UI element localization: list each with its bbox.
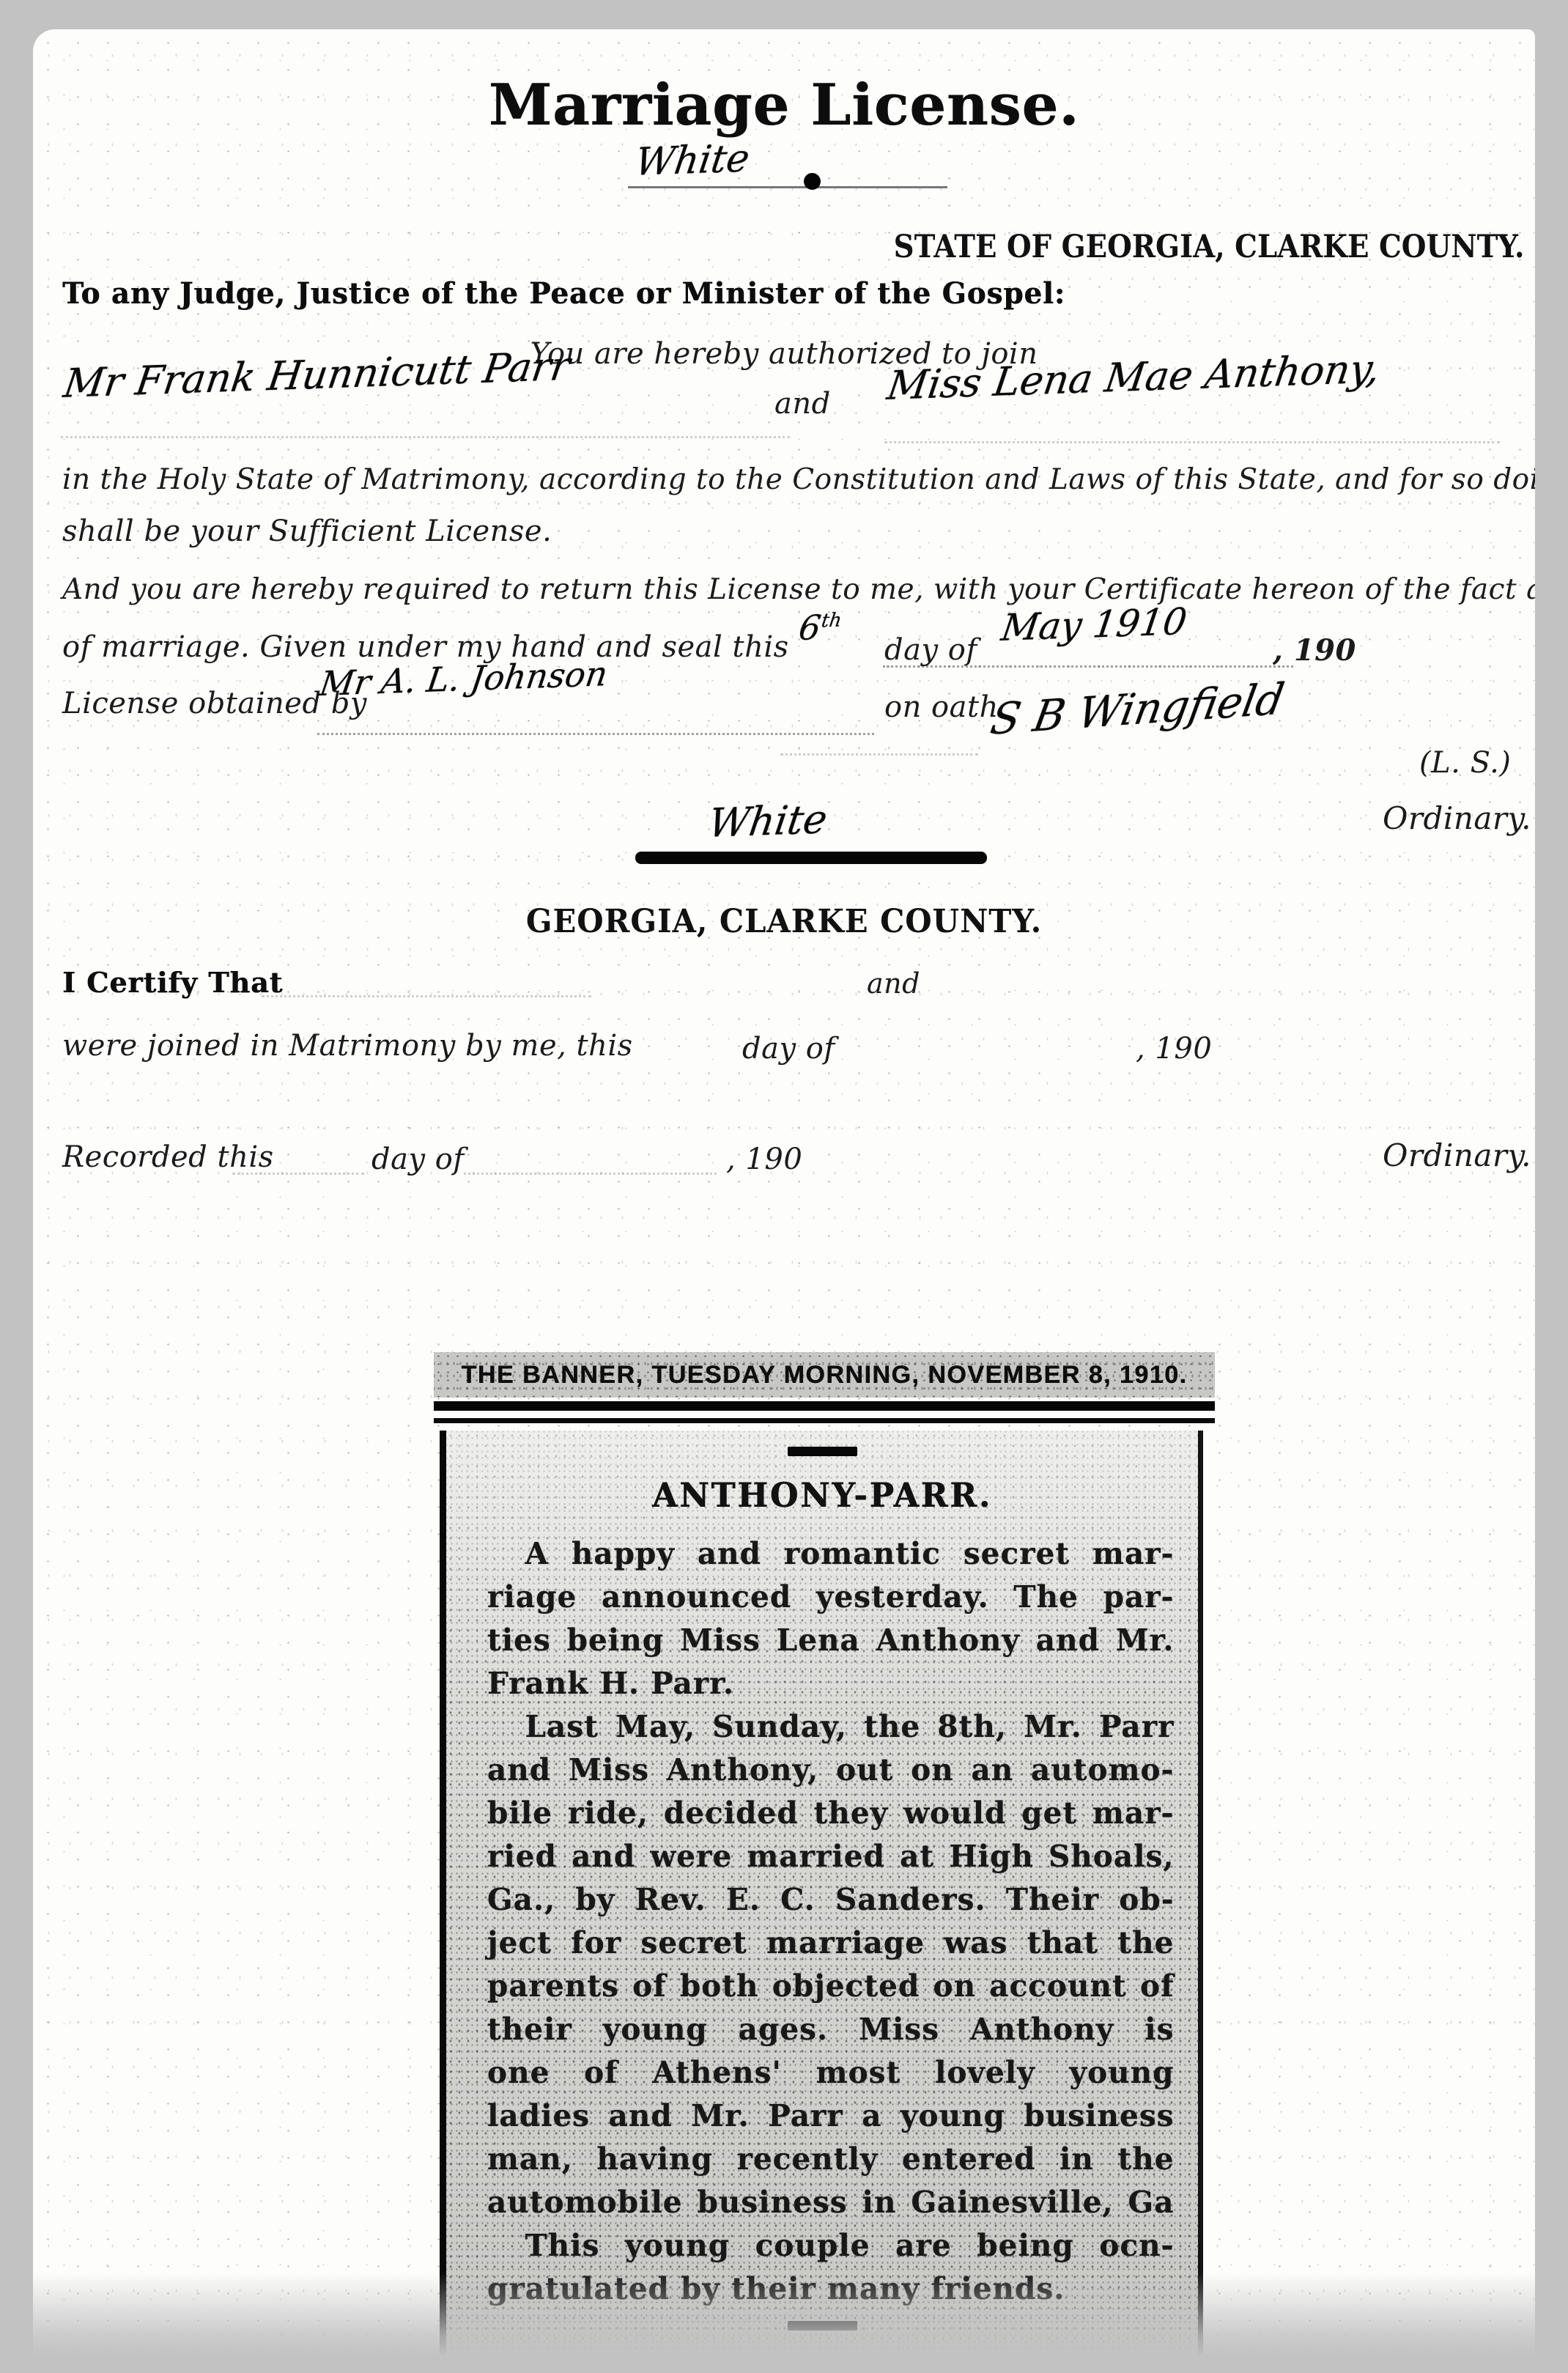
dotted-leader xyxy=(262,995,591,997)
clipping-body: Ahappyandromanticsecretmar-riageannounce… xyxy=(446,1532,1198,2311)
handwritten-month-year: May 1910 xyxy=(999,600,1189,649)
clipping-line: riageannouncedyesterday.Thepar- xyxy=(487,1576,1175,1619)
year-stub: , 190 xyxy=(726,1143,802,1176)
clipping-word: secret xyxy=(964,1532,1070,1576)
clipping-line: LastMay,Sunday,the8th,Mr.Parr xyxy=(487,1705,1175,1749)
divider-bar xyxy=(635,852,987,864)
dotted-leader xyxy=(883,665,1293,668)
clipping-word: having xyxy=(596,2138,713,2181)
clipping-word: ried xyxy=(487,1835,557,1878)
clipping-word: on xyxy=(911,1749,954,1792)
clipping-word: par- xyxy=(1103,1576,1175,1619)
clipping-word: Anthony xyxy=(970,2008,1114,2051)
clipping-word: bile xyxy=(487,1792,552,1835)
clipping-word: in xyxy=(862,2181,897,2224)
clipping-word: young xyxy=(603,2008,708,2051)
clipping-word: is xyxy=(1144,2008,1174,2051)
year-stub: , 190 xyxy=(1136,1032,1212,1066)
annotation-underline xyxy=(628,186,947,188)
clipping-word: an xyxy=(971,1749,1013,1792)
clipping-word: Anthony, xyxy=(667,1749,819,1792)
clipping-word: man, xyxy=(487,2138,573,2181)
clipping-word: being xyxy=(567,1619,664,1662)
scan-fade xyxy=(33,2272,1535,2357)
clipping-word: Athens' xyxy=(652,2051,782,2095)
dotted-leader xyxy=(884,441,1500,443)
clipping-word: Mr. xyxy=(1024,1705,1082,1749)
clipping-word: Mr. xyxy=(691,2095,750,2138)
clipping-word: ride, xyxy=(568,1792,648,1835)
clipping-word: of xyxy=(632,1965,667,2008)
clipping-word: A xyxy=(525,1532,548,1576)
ordinary-label: Ordinary. xyxy=(1383,800,1531,836)
clipping-word: mar- xyxy=(1092,1532,1174,1576)
clipping-line: parentsofbothobjectedonaccountof xyxy=(487,1965,1175,2008)
clipping-line: Ga.,byRev.E.C.Sanders.Theirob- xyxy=(487,1878,1175,1922)
clipping-word: ages. xyxy=(739,2008,828,2051)
clipping-word: recently xyxy=(737,2138,879,2181)
clipping-word: of xyxy=(584,2051,618,2095)
clipping-word: out xyxy=(836,1749,893,1792)
clipping-word: young xyxy=(901,2095,1005,2138)
clipping-word: are xyxy=(895,2224,951,2267)
clipping-word: automo- xyxy=(1031,1749,1174,1792)
dotted-leader xyxy=(780,753,978,756)
clipping-line: andMissAnthony,outonanautomo- xyxy=(487,1749,1175,1792)
clipping-word: Lena xyxy=(777,1619,860,1662)
body-line-1: in the Holy State of Matrimony, accordin… xyxy=(62,463,1535,496)
clipping-word: Sunday, xyxy=(712,1705,847,1749)
clipping-word: yesterday. xyxy=(816,1576,989,1619)
clipping-word: one xyxy=(487,2051,550,2095)
clipping-word: the xyxy=(1117,1922,1174,1965)
clipping-word: announced xyxy=(602,1576,791,1619)
ordinary-label: Ordinary. xyxy=(1383,1137,1531,1173)
clipping-word: E. xyxy=(726,1878,761,1922)
clipping-word: the xyxy=(1117,2138,1174,2181)
clipping-word: secret xyxy=(641,1922,747,1965)
clipping-word: entered xyxy=(902,2138,1035,2181)
clipping-line: tiesbeingMissLenaAnthonyandMr. xyxy=(487,1619,1175,1662)
clipping-word: ject xyxy=(487,1922,552,1965)
day-of-label: day of xyxy=(884,633,977,667)
clipping-word: Parr xyxy=(768,2095,843,2138)
clipping-word: mar- xyxy=(1092,1792,1174,1835)
clipping-word: most xyxy=(816,2051,901,2095)
clipping-word: of xyxy=(1140,1965,1175,2008)
clipping-word: both xyxy=(680,1965,759,2008)
state-county-line: STATE OF GEORGIA, CLARKE COUNTY. xyxy=(894,229,1525,265)
scanned-page: Marriage License. White STATE OF GEORGIA… xyxy=(0,0,1568,2373)
clipping-word: and xyxy=(609,2095,673,2138)
body-line-2: shall be your Sufficient License. xyxy=(62,514,552,548)
clipping-word: and xyxy=(1036,1619,1100,1662)
clipping-word: Sanders. xyxy=(835,1878,986,1922)
clipping-word: objected xyxy=(772,1965,920,2008)
masthead-rule-thin xyxy=(434,1418,1215,1423)
clipping-word: business xyxy=(1024,2095,1174,2138)
clipping-word: and xyxy=(572,1835,635,1878)
clipping-word: Parr xyxy=(1099,1705,1174,1749)
dotted-leader xyxy=(464,1173,717,1175)
newspaper-clipping: ANTHONY-PARR. Ahappyandromanticsecretmar… xyxy=(440,1431,1203,2355)
clipping-word: in xyxy=(1059,2138,1094,2181)
clipping-word: Mr. xyxy=(1116,1619,1175,1662)
certify-label: I Certify That xyxy=(62,966,283,999)
clipping-word: Rev. xyxy=(635,1878,706,1922)
clipping-word: Last xyxy=(525,1705,598,1749)
clipping-line: ladiesandMr.Parrayoungbusiness xyxy=(487,2095,1175,2138)
clipping-word: being xyxy=(977,2224,1073,2267)
joined-line: were joined in Matrimony by me, this xyxy=(62,1029,633,1063)
year-stub: , 190 xyxy=(1273,633,1356,668)
clipping-word: 8th, xyxy=(937,1705,1007,1749)
clipping-word: happy xyxy=(572,1532,675,1576)
clipping-word: romantic xyxy=(784,1532,941,1576)
clipping-word: parents xyxy=(487,1965,619,2008)
clipping-line: Ahappyandromanticsecretmar- xyxy=(487,1532,1175,1576)
clipping-word: Anthony xyxy=(876,1619,1020,1662)
clipping-word: and xyxy=(487,1749,551,1792)
ink-dot xyxy=(804,173,821,190)
handwritten-race-annotation-top: White xyxy=(632,136,752,185)
clipping-word: Ga., xyxy=(487,1878,555,1922)
clipping-word: Gainesville, xyxy=(911,2181,1113,2224)
clipping-word: Shoals, xyxy=(1049,1835,1175,1878)
dotted-leader xyxy=(232,1173,364,1175)
clipping-word: ob- xyxy=(1119,1878,1174,1922)
masthead-rule-thick xyxy=(434,1401,1215,1411)
clipping-word: a xyxy=(862,2095,881,2138)
clipping-word: the xyxy=(864,1705,920,1749)
clipping-word: riage xyxy=(487,1576,577,1619)
clipping-word: married xyxy=(747,1835,885,1878)
clipping-line: theiryoungages.MissAnthonyis xyxy=(487,2008,1175,2051)
clipping-word: business xyxy=(698,2181,848,2224)
dotted-leader xyxy=(61,436,790,438)
clipping-word: by xyxy=(575,1878,615,1922)
newspaper-masthead: THE BANNER, TUESDAY MORNING, NOVEMBER 8,… xyxy=(434,1352,1215,1398)
clipping-word: ties xyxy=(487,1619,551,1662)
day-ordinal-suffix: th xyxy=(820,609,843,632)
clipping-line: bileride,decidedtheywouldgetmar- xyxy=(487,1792,1175,1835)
clipping-word: get xyxy=(1021,1792,1077,1835)
handwritten-day: 6th xyxy=(796,607,843,648)
clipping-line: jectforsecretmarriagewasthatthe xyxy=(487,1922,1175,1965)
seal-label: (L. S.) xyxy=(1419,746,1511,780)
section-dash xyxy=(788,1447,857,1456)
clipping-word: young xyxy=(625,2224,730,2267)
clipping-word: automobile xyxy=(487,2181,683,2224)
license-document: Marriage License. White STATE OF GEORGIA… xyxy=(33,29,1535,2357)
clipping-word: young xyxy=(1070,2051,1175,2095)
recorded-label: Recorded this xyxy=(62,1140,274,1174)
clipping-word: for xyxy=(571,1922,621,1965)
clipping-line: riedandweremarriedatHighShoals, xyxy=(487,1835,1175,1878)
clipping-word: at xyxy=(900,1835,934,1878)
clipping-word: May, xyxy=(615,1705,695,1749)
clipping-word: ocn- xyxy=(1099,2224,1174,2267)
day-number: 6 xyxy=(796,608,824,648)
clipping-word: Miss xyxy=(680,1619,761,1662)
clipping-word: lovely xyxy=(935,2051,1035,2095)
clipping-word: was xyxy=(944,1922,1007,1965)
handwritten-race-annotation-mid: White xyxy=(706,796,830,846)
clipping-word: and xyxy=(698,1532,761,1576)
clipping-line: Frank H. Parr. xyxy=(487,1662,1175,1705)
and-label: and xyxy=(774,387,831,421)
clipping-line: automobilebusinessinGainesville,Ga xyxy=(487,2181,1175,2224)
clipping-word: Ga xyxy=(1128,2181,1175,2224)
clipping-word: High xyxy=(949,1835,1034,1878)
clipping-word: account xyxy=(989,1965,1127,2008)
article-headline: ANTHONY-PARR. xyxy=(462,1475,1183,1515)
clipping-word: they xyxy=(814,1792,889,1835)
clipping-word: were xyxy=(650,1835,732,1878)
clipping-line: man,havingrecentlyenteredinthe xyxy=(487,2138,1175,2181)
clipping-word: marriage xyxy=(766,1922,925,1965)
clipping-word: decided xyxy=(664,1792,799,1835)
day-of-label: day of xyxy=(371,1143,465,1176)
handwritten-ordinary-signature: S B Wingfield xyxy=(987,673,1288,745)
day-of-label: day of xyxy=(742,1032,835,1066)
clipping-word: ladies xyxy=(487,2095,590,2138)
return-line-2: of marriage. Given under my hand and sea… xyxy=(62,630,789,664)
dotted-leader xyxy=(317,733,874,735)
clipping-word: on xyxy=(933,1965,977,2008)
clipping-word: Miss xyxy=(859,2008,939,2051)
clipping-line: Thisyoungcouplearebeingocn- xyxy=(487,2224,1175,2267)
return-line-1: And you are hereby required to return th… xyxy=(62,573,1535,606)
clipping-word: Their xyxy=(1006,1878,1099,1922)
on-oath-label: on oath xyxy=(884,690,999,724)
clipping-word: Miss xyxy=(569,1749,649,1792)
and-label: and xyxy=(867,967,920,1000)
clipping-word: The xyxy=(1013,1576,1079,1619)
clipping-word: couple xyxy=(755,2224,870,2267)
clipping-word: that xyxy=(1027,1922,1098,1965)
salutation-line: To any Judge, Justice of the Peace or Mi… xyxy=(62,276,1065,311)
clipping-word: This xyxy=(525,2224,599,2267)
clipping-word: their xyxy=(487,2008,572,2051)
clipping-word: would xyxy=(903,1792,1006,1835)
license-title: Marriage License. xyxy=(33,72,1535,139)
clipping-word: C. xyxy=(780,1878,816,1922)
certificate-header: GEORGIA, CLARKE COUNTY. xyxy=(70,903,1498,940)
clipping-line: oneofAthens'mostlovelyyoung xyxy=(487,2051,1175,2095)
